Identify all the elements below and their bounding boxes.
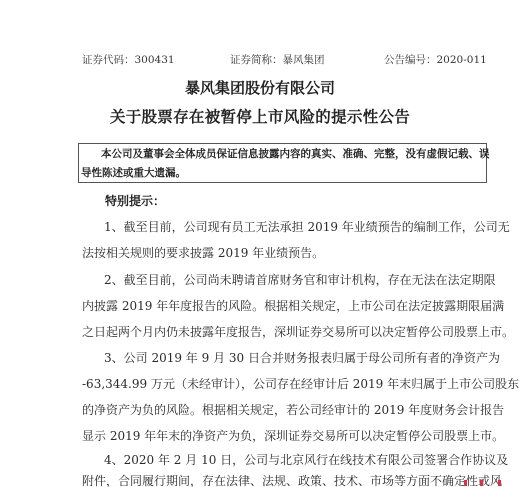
item-1-line-1: 1、截至目前，公司现有员工无法承担 2019 年业绩预告的编制工作，公司无 <box>104 218 510 235</box>
item-1-line-2: 法按相关规则的要求披露 2019 年业绩预告。 <box>82 244 324 261</box>
item-2-line-1: 2、截至目前，公司尚未聘请首席财务官和审计机构，存在无法在法定期限 <box>104 271 496 288</box>
item-3-line-1: 3、公司 2019 年 9 月 30 日合并财务报表归属于母公司所有者的净资产为 <box>104 349 500 366</box>
announcement-page: 证券代码：300431 证券简称：暴风集团 公告编号：2020-011 暴风集团… <box>0 0 520 487</box>
item-3-line-4: 显示 2019 年年末的净资产为负，深圳证券交易所可以决定暂停公司股票上市。 <box>82 427 504 444</box>
announcement-subject: 关于股票存在被暂停上市风险的提示性公告 <box>0 105 520 127</box>
item-2-line-2: 内披露 2019 年年度报告的风险。根据相关规定，上市公司在法定披露期限届满 <box>82 297 504 314</box>
board-guarantee-notice: 本公司及董事会全体成员保证信息披露内容的真实、准确、完整，没有虚假记载、误 导性… <box>78 143 487 183</box>
notice-line-2: 导性陈述或重大遗漏。 <box>81 163 186 183</box>
stock-code: 证券代码：300431 <box>82 52 175 67</box>
announcement-number: 公告编号：2020-011 <box>384 52 487 67</box>
item-4-line-1: 4、2020 年 2 月 10 日，公司与北京风行在线技术有限公司签署合作协议及 <box>104 451 508 468</box>
item-2-line-3: 之日起两个月内仍未披露年度报告，深圳证券交易所可以决定暂停公司股票上市。 <box>82 323 514 340</box>
notice-line-1: 本公司及董事会全体成员保证信息披露内容的真实、准确、完整，没有虚假记载、误 <box>101 144 490 164</box>
red-annotation-mark <box>460 478 510 487</box>
item-3-line-3: 的净资产为负的风险。根据相关规定，若公司经审计的 2019 年度财务会计报告 <box>82 401 504 418</box>
announcement-meta: 证券代码：300431 证券简称：暴风集团 公告编号：2020-011 <box>82 52 487 68</box>
item-4-line-2: 附件，合同履行期间，存在法律、法规、政策、技术、市场等方面不确定性或风 <box>82 472 502 487</box>
company-title: 暴风集团股份有限公司 <box>0 77 520 98</box>
special-notice-heading: 特别提示： <box>105 192 165 209</box>
stock-abbreviation: 证券简称：暴风集团 <box>230 52 325 67</box>
item-3-line-2: -63,344.99 万元（未经审计），公司存在经审计后 2019 年末归属于上… <box>82 375 519 392</box>
